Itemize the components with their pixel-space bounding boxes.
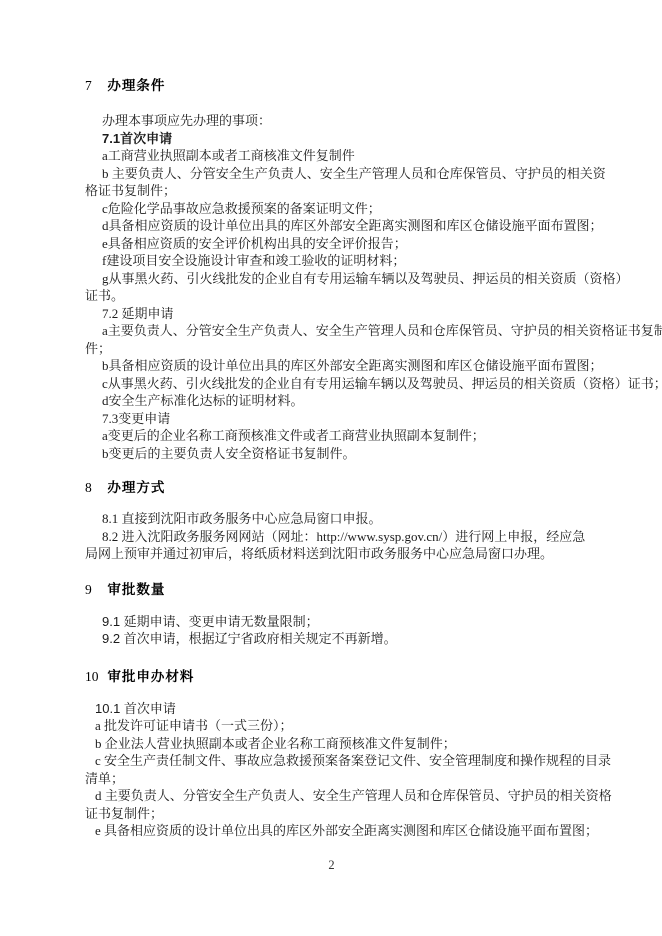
text-line: d 主要负责人、分管安全生产负责人、安全生产管理人员和仓库保管员、守护员的相关资… [85,787,578,805]
subsection-heading-7-2: 7.2 延期申请 [85,305,578,323]
text-line: 9.2 首次申请，根据辽宁省政府相关规定不再新增。 [85,630,578,648]
text-line: g从事黑火药、引火线批发的企业自有专用运输车辆以及驾驶员、押运员的相关资质（资格… [85,270,578,288]
section-title: 办理条件 [107,78,165,93]
text-line: d具备相应资质的设计单位出具的库区外部安全距离实测图和库区仓储设施平面布置图； [85,217,578,235]
section-number: 10 [85,667,104,686]
subsection-heading-10-1: 10.1 首次申请 [85,700,578,718]
section-number: 9 [85,580,104,599]
section-heading-9: 9 审批数量 [85,580,578,599]
section-number: 8 [85,478,104,497]
text-line: e具备相应资质的安全评价机构出具的安全评价报告； [85,235,578,253]
text-line: f建设项目安全设施设计审查和竣工验收的证明材料； [85,252,578,270]
text-line: b 企业法人营业执照副本或者企业名称工商预核准文件复制件； [85,735,578,753]
text-line: a 批发许可证申请书（一式三份）； [85,717,578,735]
text-line: c 安全生产责任制文件、事故应急救援预案备案登记文件、安全管理制度和操作规程的目… [85,752,578,770]
text-line: a变更后的企业名称工商预核准文件或者工商营业执照副本复制件； [85,427,578,445]
text-line: b具备相应资质的设计单位出具的库区外部安全距离实测图和库区仓储设施平面布置图； [85,357,578,375]
section-title: 审批申办材料 [107,669,194,684]
text-line: 8.1 直接到沈阳市政务服务中心应急局窗口申报。 [85,510,578,528]
text-line: 件； [85,340,578,358]
subsection-heading-7-1: 7.1首次申请 [85,130,578,148]
section-title: 审批数量 [107,582,165,597]
section-heading-10: 10 审批申办材料 [85,667,578,686]
section-title: 办理方式 [107,480,165,495]
document-page: 7 办理条件 办理本事项应先办理的事项： 7.1首次申请 a工商营业执照副本或者… [0,0,662,936]
text-line: 9.1 延期申请、变更申请无数量限制； [85,613,578,631]
text-line: c危险化学品事故应急救援预案的备案证明文件； [85,200,578,218]
text-line: e 具备相应资质的设计单位出具的库区外部安全距离实测图和库区仓储设施平面布置图； [85,822,578,840]
text-line: 8.2 进入沈阳政务服务网网站（网址：http://www.sysp.gov.c… [85,528,578,546]
section-heading-8: 8 办理方式 [85,478,578,497]
text-line: 证书复制件； [85,805,578,823]
text-line: a工商营业执照副本或者工商核准文件复制件 [85,147,578,165]
text-line: 局网上预审并通过初审后，将纸质材料送到沈阳市政务服务中心应急局窗口办理。 [85,545,578,563]
text-line: b变更后的主要负责人安全资格证书复制件。 [85,445,578,463]
section-number: 7 [85,76,104,95]
page-number: 2 [85,857,578,875]
subsection-heading-7-3: 7.3变更申请 [85,410,578,428]
text-line: 格证书复制件； [85,182,578,200]
text-line: b 主要负责人、分管安全生产负责人、安全生产管理人员和仓库保管员、守护员的相关资 [85,165,578,183]
text-line: d安全生产标准化达标的证明材料。 [85,392,578,410]
text-line: c从事黑火药、引火线批发的企业自有专用运输车辆以及驾驶员、押运员的相关资质（资格… [85,375,578,393]
text-line: a主要负责人、分管安全生产负责人、安全生产管理人员和仓库保管员、守护员的相关资格… [85,322,578,340]
section-heading-7: 7 办理条件 [85,76,578,95]
text-line: 清单； [85,770,578,788]
text-line: 办理本事项应先办理的事项： [85,112,578,130]
text-line: 证书。 [85,287,578,305]
